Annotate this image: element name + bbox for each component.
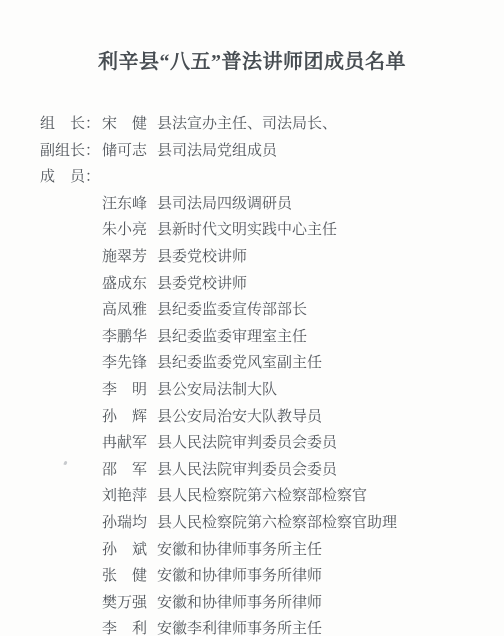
person-name: 朱小亮	[102, 217, 157, 244]
member-indent	[40, 217, 102, 244]
member-row: 李先锋 县纪委监委党风室副主任	[40, 350, 504, 377]
member-indent	[40, 537, 102, 564]
person-title: 县人民检察院第六检察部检察官助理	[157, 510, 504, 537]
person-title: 县委党校讲师	[157, 271, 504, 298]
member-row: 李 明 县公安局法制大队	[40, 377, 504, 404]
member-row: 盛成东 县委党校讲师	[40, 271, 504, 298]
person-name: 李 明	[102, 377, 157, 404]
member-row: 孙瑞均 县人民检察院第六检察部检察官助理	[40, 510, 504, 537]
member-indent	[40, 350, 102, 377]
person-name: 樊万强	[102, 590, 157, 617]
person-name	[102, 164, 157, 191]
person-title: 安徽李利律师事务所主任	[157, 616, 504, 636]
person-name: 盛成东	[102, 271, 157, 298]
person-name: 刘艳萍	[102, 483, 157, 510]
members-section: 汪东峰 县司法局四级调研员 朱小亮 县新时代文明实践中心主任 施翠芳 县委党校讲…	[40, 191, 504, 636]
person-title: 县委党校讲师	[157, 244, 504, 271]
person-name: 宋 健	[102, 111, 157, 138]
person-title	[157, 164, 504, 191]
member-indent	[40, 191, 102, 218]
person-title: 县纪委监委宣传部部长	[157, 297, 504, 324]
person-title: 县人民法院审判委员会委员	[157, 430, 504, 457]
member-indent	[40, 483, 102, 510]
member-row: 刘艳萍 县人民检察院第六检察部检察官	[40, 483, 504, 510]
person-name: 邵 军	[102, 457, 157, 484]
member-row: 高凤雅 县纪委监委宣传部部长	[40, 297, 504, 324]
role-label: 成 员：	[40, 164, 102, 191]
member-row: 张 健 安徽和协律师事务所律师	[40, 563, 504, 590]
member-row: 孙 斌 安徽和协律师事务所主任	[40, 537, 504, 564]
member-row: 汪东峰 县司法局四级调研员	[40, 191, 504, 218]
person-title: 县纪委监委党风室副主任	[157, 350, 504, 377]
person-name: 李先锋	[102, 350, 157, 377]
member-row: 冉献军 县人民法院审判委员会委员	[40, 430, 504, 457]
person-title: 县司法局党组成员	[157, 138, 504, 165]
member-row: 樊万强 安徽和协律师事务所律师	[40, 590, 504, 617]
person-name: 储可志	[102, 138, 157, 165]
member-row: 李 利 安徽李利律师事务所主任	[40, 616, 504, 636]
leader-row: 成 员：	[40, 164, 504, 191]
person-title: 县司法局四级调研员	[157, 191, 504, 218]
person-name: 李鹏华	[102, 324, 157, 351]
role-label: 组 长：	[40, 111, 102, 138]
member-row: 朱小亮 县新时代文明实践中心主任	[40, 217, 504, 244]
member-indent	[40, 244, 102, 271]
member-indent	[40, 510, 102, 537]
roster: 组 长： 宋 健 县法宣办主任、司法局长、 副组长： 储可志 县司法局党组成员 …	[40, 111, 504, 636]
person-name: 汪东峰	[102, 191, 157, 218]
leader-row: 组 长： 宋 健 县法宣办主任、司法局长、	[40, 111, 504, 138]
member-indent	[40, 297, 102, 324]
member-indent	[40, 616, 102, 636]
member-indent	[40, 563, 102, 590]
member-row: 邵 军 县人民法院审判委员会委员	[40, 457, 504, 484]
leaders-section: 组 长： 宋 健 县法宣办主任、司法局长、 副组长： 储可志 县司法局党组成员 …	[40, 111, 504, 191]
member-indent	[40, 404, 102, 431]
person-name: 高凤雅	[102, 297, 157, 324]
person-name: 张 健	[102, 563, 157, 590]
person-title: 县新时代文明实践中心主任	[157, 217, 504, 244]
document-title: 利辛县“八五”普法讲师团成员名单	[0, 0, 504, 74]
member-indent	[40, 457, 102, 484]
member-indent	[40, 324, 102, 351]
person-title: 安徽和协律师事务所律师	[157, 563, 504, 590]
member-indent	[40, 271, 102, 298]
person-title: 县人民法院审判委员会委员	[157, 457, 504, 484]
member-indent	[40, 430, 102, 457]
person-name: 冉献军	[102, 430, 157, 457]
member-row: 孙 辉 县公安局治安大队教导员	[40, 404, 504, 431]
person-title: 安徽和协律师事务所律师	[157, 590, 504, 617]
leader-row: 副组长： 储可志 县司法局党组成员	[40, 138, 504, 165]
person-title: 安徽和协律师事务所主任	[157, 537, 504, 564]
person-title: 县人民检察院第六检察部检察官	[157, 483, 504, 510]
document-page: 利辛县“八五”普法讲师团成员名单 组 长： 宋 健 县法宣办主任、司法局长、 副…	[0, 0, 504, 636]
person-title: 县法宣办主任、司法局长、	[157, 111, 504, 138]
person-name: 施翠芳	[102, 244, 157, 271]
person-name: 孙瑞均	[102, 510, 157, 537]
member-row: 李鹏华 县纪委监委审理室主任	[40, 324, 504, 351]
role-label: 副组长：	[40, 138, 102, 165]
person-title: 县纪委监委审理室主任	[157, 324, 504, 351]
person-name: 李 利	[102, 616, 157, 636]
person-name: 孙 辉	[102, 404, 157, 431]
person-title: 县公安局治安大队教导员	[157, 404, 504, 431]
person-title: 县公安局法制大队	[157, 377, 504, 404]
member-indent	[40, 377, 102, 404]
member-row: 施翠芳 县委党校讲师	[40, 244, 504, 271]
member-indent	[40, 590, 102, 617]
person-name: 孙 斌	[102, 537, 157, 564]
